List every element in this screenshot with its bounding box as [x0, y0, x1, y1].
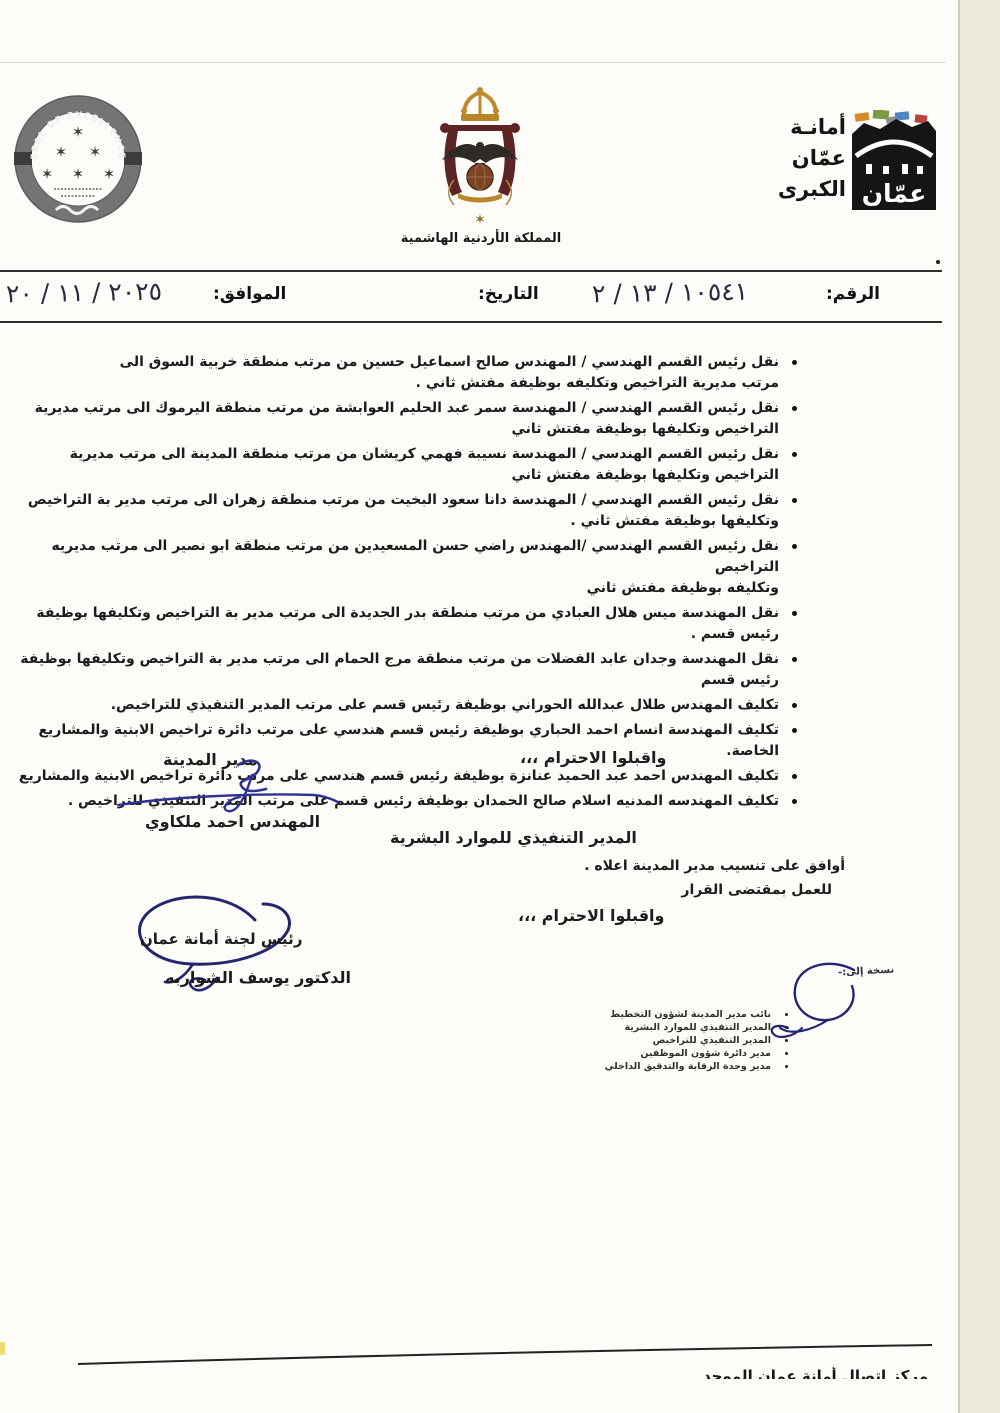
cc-item-text: نائب مدير المدينة لشؤون التخطيط	[610, 1008, 771, 1021]
bullet-dot	[792, 774, 797, 779]
gam-logo-wordmark: أمانـة عمّان الكبرى	[744, 112, 846, 205]
approval-line-2: للعمل بمقتضى القرار	[681, 882, 832, 898]
ref-agreed-value-handwritten: ٢٠٢٥ / ١١ / ٢٠	[6, 277, 163, 309]
cc-item-text: المدير التنفيذي للتراخيص	[653, 1034, 771, 1047]
approval-line-1: أوافق على تنسيب مدير المدينة اعلاه .	[584, 858, 845, 874]
bullet-dot	[792, 799, 797, 804]
seal-ribbon-right	[124, 152, 142, 165]
cc-bullet-dot	[785, 1013, 788, 1016]
bullet-text: نقل المهندسة ميس هلال العبادي من مرتب من…	[5, 603, 779, 645]
bullet-text: نقل رئيس القسم الهندسي / المهندس صالح اس…	[120, 352, 779, 394]
gam-word-line-1: أمانـة	[744, 112, 846, 143]
bullet-dot	[792, 703, 797, 708]
cc-bullet-dot	[785, 1065, 788, 1068]
svg-text:✶: ✶	[41, 165, 54, 183]
svg-text:✶: ✶	[89, 143, 102, 161]
ref-row: الرقم: ١٠٥٤١ / ١٣ / ٢ التاريخ: الموافق: …	[0, 270, 942, 323]
bullet-item: تكليف المهندس طلال عبدالله الحوراني بوظي…	[5, 695, 797, 716]
decision-bullet-list: نقل رئيس القسم الهندسي / المهندس صالح اس…	[5, 352, 797, 816]
ref-agreed-label: الموافق:	[213, 284, 286, 304]
bullet-dot	[792, 544, 797, 549]
gam-word-line-2: عمّان	[744, 143, 846, 174]
globe-icon	[467, 164, 493, 190]
seal-of-excellence-logo: SEAL OF EXCELLENCE ✶ ✶✶ ✶✶✶	[14, 86, 142, 232]
svg-text:✶: ✶	[55, 143, 68, 161]
bullet-item: نقل رئيس القسم الهندسي / المهندسة نسيبة …	[5, 444, 797, 486]
bullet-dot	[792, 498, 797, 503]
bullet-item: نقل المهندسة ميس هلال العبادي من مرتب من…	[5, 603, 797, 645]
gam-logo-emblem: عمّان	[850, 110, 938, 216]
mayor-name: الدكتور يوسف الشواربه	[165, 968, 351, 987]
city-manager-signature	[100, 755, 345, 820]
salutation-1: واقبلوا الاحترام ،،،	[520, 748, 666, 767]
bullet-dot	[792, 657, 797, 662]
svg-text:✶: ✶	[72, 123, 85, 141]
ref-number-value-handwritten: ١٠٥٤١ / ١٣ / ٢	[592, 277, 749, 309]
logo-color-patches	[855, 110, 928, 124]
kingdom-caption: المملكة الأردنية الهاشمية	[398, 231, 564, 246]
svg-text:✶: ✶	[103, 165, 116, 183]
salutation-2: واقبلوا الاحترام ،،،	[518, 906, 664, 925]
cc-item-text: المدير التنفيذي للموارد البشرية	[624, 1021, 771, 1034]
gam-word-line-3: الكبرى	[744, 174, 846, 205]
bullet-dot	[792, 452, 797, 457]
ref-number-label: الرقم:	[826, 284, 880, 304]
bullet-text: نقل رئيس القسم الهندسي / المهندسة دانا س…	[28, 490, 779, 532]
bullet-dot	[792, 728, 797, 733]
scan-edge-strip	[958, 0, 1000, 1413]
seal-ribbon-left	[14, 152, 32, 165]
bullet-dot	[792, 406, 797, 411]
jordan-coat-of-arms: ✶	[418, 84, 542, 230]
cc-item: المدير التنفيذي للتراخيص	[605, 1034, 788, 1047]
bullet-dot	[792, 360, 797, 365]
top-scan-line	[0, 62, 946, 63]
cc-list: نائب مدير المدينة لشؤون التخطيط المدير ا…	[605, 1008, 788, 1073]
cc-item: مدير دائرة شؤون الموظفين	[605, 1047, 788, 1060]
scanned-letter-page: { "header": { "seal_caption": "SEAL OF E…	[0, 0, 1000, 1413]
bullet-dot	[792, 611, 797, 616]
star-icon: ✶	[474, 212, 486, 228]
bullet-text: نقل رئيس القسم الهندسي / المهندسة نسيبة …	[70, 444, 779, 486]
cc-item: نائب مدير المدينة لشؤون التخطيط	[605, 1008, 788, 1021]
cc-item: المدير التنفيذي للموارد البشرية	[605, 1021, 788, 1034]
bullet-text: نقل رئيس القسم الهندسي /المهندس راضي حسن…	[5, 536, 779, 599]
bullet-text: نقل المهندسة وجدان عابد الفضلات من مرتب …	[5, 649, 779, 691]
bullet-item: نقل رئيس القسم الهندسي / المهندسة سمر عب…	[5, 398, 797, 440]
logo-script-amman: عمّان	[862, 179, 927, 208]
seal-stars: ✶ ✶✶ ✶✶✶	[41, 123, 116, 183]
bullet-text: تكليف المهندس طلال عبدالله الحوراني بوظي…	[111, 695, 779, 716]
amman-committee-chairman-title: رئيس لجنة أمانة عمان	[140, 930, 302, 948]
city-manager-name: المهندس احمد ملكاوي	[145, 812, 320, 831]
crown-icon	[461, 87, 499, 121]
cc-item: مدير وحدة الرقابة والتدقيق الداخلي	[605, 1060, 788, 1073]
cc-bullet-dot	[785, 1039, 788, 1042]
svg-text:✶: ✶	[72, 165, 85, 183]
cc-item-text: مدير دائرة شؤون الموظفين	[640, 1047, 771, 1060]
bullet-text: نقل رئيس القسم الهندسي / المهندسة سمر عب…	[35, 398, 779, 440]
footer-contact-text: مركز اتصال أمانة عمان الموحد	[288, 1367, 928, 1379]
sash	[458, 193, 502, 203]
ink-dot	[936, 260, 940, 264]
cc-item-text: مدير وحدة الرقابة والتدقيق الداخلي	[605, 1060, 771, 1073]
bullet-item: نقل رئيس القسم الهندسي / المهندسة دانا س…	[5, 490, 797, 532]
cc-bullet-dot	[785, 1026, 788, 1029]
bullet-item: نقل المهندسة وجدان عابد الفضلات من مرتب …	[5, 649, 797, 691]
cc-bullet-dot	[785, 1052, 788, 1055]
bullet-item: نقل رئيس القسم الهندسي /المهندس راضي حسن…	[5, 536, 797, 599]
bullet-item: نقل رئيس القسم الهندسي / المهندس صالح اس…	[5, 352, 797, 394]
hr-executive-director-title: المدير التنفيذي للموارد البشرية	[390, 828, 637, 847]
ref-date-label: التاريخ:	[478, 284, 539, 304]
